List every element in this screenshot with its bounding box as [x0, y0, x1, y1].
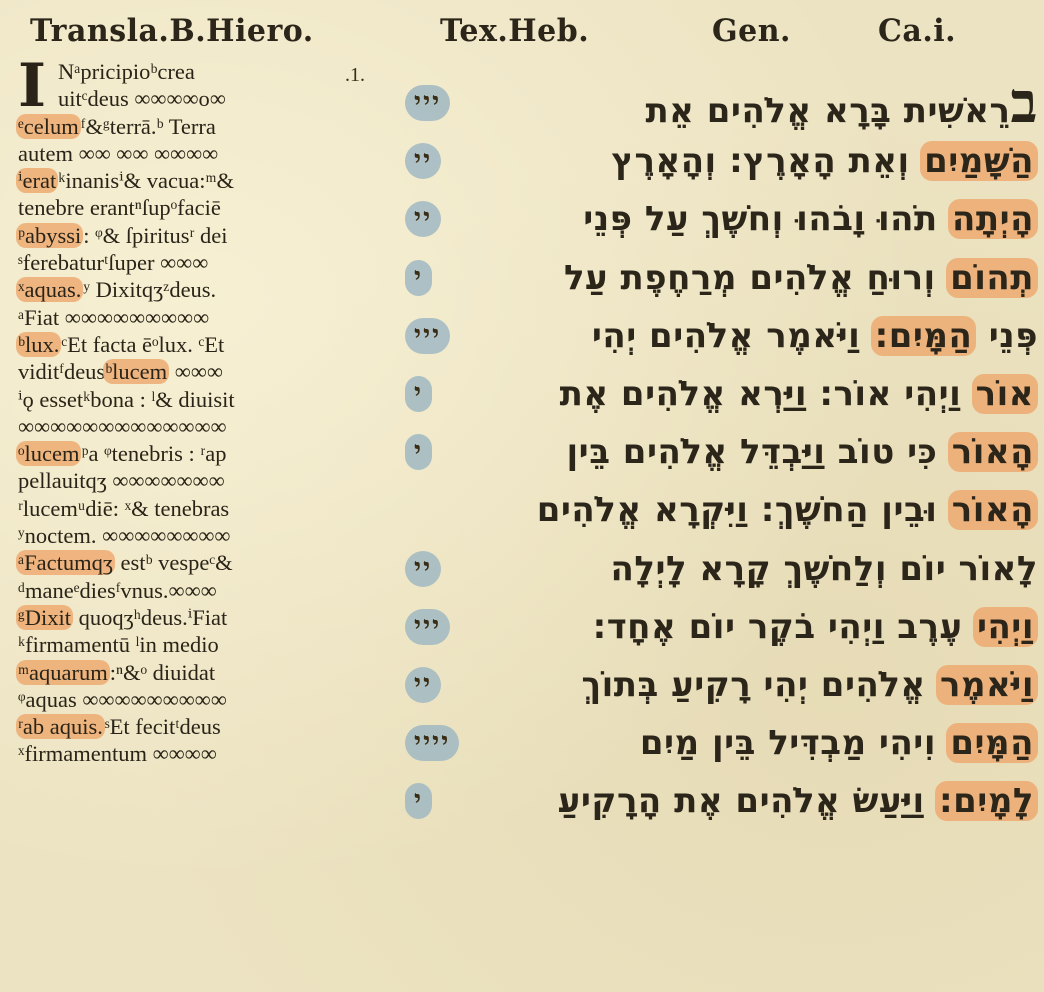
- highlighted-word[interactable]: ᵃFactumqʒ: [16, 550, 115, 575]
- hebrew-text: לָמָיִם: וַיַּעַשׂ אֱלֹהִים אֶת הָרָקִיע…: [432, 781, 1044, 821]
- latin-text: quoqʒʰdeus.ⁱFiat: [73, 605, 227, 630]
- hebrew-line: ייהַשָּׁמַיִם וְאֵת הָאָרֶץ: וְהָאָרֶץ: [405, 132, 1044, 190]
- latin-line: ᵉcelumᶠ&ᵍterrā.ᵇ Terra: [18, 113, 378, 140]
- hebrew-words: וְאֵת הָאָרֶץ: וְהָאָרֶץ: [612, 141, 910, 181]
- hebrew-line: יייברֵאשִׁית בָּרָא אֱלֹהִים אֵת: [405, 74, 1044, 132]
- latin-text: estᵇ vespeᶜ&: [115, 550, 233, 575]
- hebrew-line: ילָמָיִם: וַיַּעַשׂ אֱלֹהִים אֶת הָרָקִי…: [405, 772, 1044, 830]
- highlighted-word[interactable]: הַשָּׁמַיִם: [920, 141, 1038, 181]
- hebrew-text: הָאוֹר וּבֵין הַחֹשֶׁךְ: וַיִּקְרָא אֱלֹ…: [405, 490, 1044, 530]
- highlighted-word[interactable]: ᵉcelum: [16, 114, 81, 139]
- hebrew-text: הַמָּיִם וִיהִי מַבְדִּיל בֵּין מַיִם: [459, 723, 1044, 763]
- hebrew-line: יהָאוֹר כִּי טוֹב וַיַּבְדֵּל אֱלֹהִים ב…: [405, 423, 1044, 481]
- latin-line: ʳlucemᵘdiē: ˣ& tenebras: [18, 495, 378, 522]
- line-filler-marks[interactable]: י: [405, 434, 432, 470]
- line-filler-marks[interactable]: ייי: [405, 318, 450, 354]
- hebrew-line: יייוַיְהִי עֶרֶב וַיְהִי בֹקֶר יוֹם אֶחָ…: [405, 598, 1044, 656]
- highlighted-word[interactable]: הָאוֹר: [948, 490, 1038, 530]
- latin-text: ˣfirmamentum ∞∞∞∞: [18, 741, 217, 766]
- latin-line: ᵃFactumqʒ estᵇ vespeᶜ&: [18, 549, 378, 576]
- latin-line: pellauitqʒ ∞∞∞∞∞∞∞: [18, 467, 378, 494]
- hebrew-line: יייפְּנֵי הַמָּיִם: וַיֹּאמֶר אֱלֹהִים י…: [405, 307, 1044, 365]
- line-filler-marks[interactable]: יייי: [405, 725, 459, 761]
- highlighted-word[interactable]: ˣaquas.: [16, 277, 83, 302]
- latin-text: ˢferebaturᵗſuper ∞∞∞: [18, 250, 208, 275]
- hebrew-text: וַיְהִי עֶרֶב וַיְהִי בֹקֶר יוֹם אֶחָד:: [450, 607, 1044, 647]
- chapter-header: Ca.i.: [878, 14, 956, 50]
- highlighted-word[interactable]: ᵍDixit: [16, 605, 73, 630]
- latin-line: ʸnoctem. ∞∞∞∞∞∞∞∞: [18, 522, 378, 549]
- hebrew-text: אוֹר וַיְהִי אוֹר: וַיַּרְא אֱלֹהִים אֶת: [432, 374, 1044, 414]
- line-filler-marks[interactable]: ייי: [405, 609, 450, 645]
- chapter-marker: .1.: [345, 64, 365, 87]
- hebrew-words: וּבֵין הַחֹשֶׁךְ: וַיִּקְרָא אֱלֹהִים: [537, 490, 938, 530]
- highlighted-word[interactable]: ᵖabyssi: [16, 223, 83, 248]
- latin-text: ∞∞∞: [169, 359, 223, 384]
- line-filler-marks[interactable]: י: [405, 376, 432, 412]
- latin-column-header: Transla.B.Hiero.: [30, 14, 314, 50]
- hebrew-words: וַיַּעַשׂ אֱלֹהִים אֶת הָרָקִיעַ: [558, 781, 925, 821]
- latin-text: : ᵠ& ſpiritusʳ dei: [83, 223, 227, 248]
- hebrew-text: פְּנֵי הַמָּיִם: וַיֹּאמֶר אֱלֹהִים יְהִ…: [450, 316, 1044, 356]
- latin-line: ˣfirmamentum ∞∞∞∞: [18, 740, 378, 767]
- latin-line: uitᶜdeus ∞∞∞∞o∞: [18, 85, 378, 112]
- highlighted-word[interactable]: הַמָּיִם:: [871, 316, 977, 356]
- hebrew-line: ייהָיְתָה תֹהוּ וָבֹהוּ וְחֹשֶׁךְ עַל פּ…: [405, 190, 1044, 248]
- hebrew-text: וַיֹּאמֶר אֱלֹהִים יְהִי רָקִיעַ בְּתוֹך…: [441, 665, 1044, 705]
- latin-text: ᶜEt facta ēᵒlux. ᶜEt: [61, 332, 224, 357]
- latin-line: ∞∞∞∞∞∞∞∞∞∞∞∞∞: [18, 413, 378, 440]
- highlighted-word[interactable]: ʳab aquis.: [16, 714, 105, 739]
- latin-line: ᵇlux.ᶜEt facta ēᵒlux. ᶜEt: [18, 331, 378, 358]
- book-header: Gen.: [712, 14, 791, 50]
- hebrew-words: וַיְהִי אוֹר: וַיַּרְא אֱלֹהִים אֶת: [560, 374, 962, 414]
- latin-text: ⁱǫ essetᵏbona : ˡ& diuisit: [18, 387, 235, 412]
- latin-text: ᵠaquas ∞∞∞∞∞∞∞∞∞: [18, 687, 227, 712]
- latin-line: ᵃFiat ∞∞∞∞∞∞∞∞∞: [18, 304, 378, 331]
- hebrew-words: וְרוּחַ אֱלֹהִים מְרַחֶפֶת עַל: [564, 258, 936, 298]
- latin-line: ʳab aquis.ˢEt fecitᵗdeus: [18, 713, 378, 740]
- latin-text: ᵈmaneᵉdiesᶠvnus.∞∞∞: [18, 578, 217, 603]
- hebrew-text: הָאוֹר כִּי טוֹב וַיַּבְדֵּל אֱלֹהִים בּ…: [432, 432, 1044, 472]
- highlighted-word[interactable]: הָאוֹר: [948, 432, 1038, 472]
- hebrew-text: תְהוֹם וְרוּחַ אֱלֹהִים מְרַחֶפֶת עַל: [432, 258, 1044, 298]
- highlighted-word[interactable]: הַמָּיִם: [946, 723, 1038, 763]
- line-filler-marks[interactable]: י: [405, 783, 432, 819]
- highlighted-word[interactable]: לָמָיִם:: [935, 781, 1038, 821]
- large-initial-bet: ב: [1011, 70, 1039, 136]
- hebrew-column: יייברֵאשִׁית בָּרָא אֱלֹהִים אֵתייהַשָּׁ…: [405, 74, 1044, 830]
- hebrew-line: יאוֹר וַיְהִי אוֹר: וַיַּרְא אֱלֹהִים אֶ…: [405, 365, 1044, 423]
- latin-text: ᵏfirmamentū ˡin medio: [18, 632, 219, 657]
- latin-text: ˢEt fecitᵗdeus: [105, 714, 221, 739]
- highlighted-word[interactable]: תְהוֹם: [946, 258, 1038, 298]
- highlighted-word[interactable]: ᵐaquarum: [16, 660, 110, 685]
- latin-column: INᵃpricipioᵇcreauitᶜdeus ∞∞∞∞o∞ᵉcelumᶠ&ᵍ…: [18, 58, 378, 768]
- latin-line: ᵈmaneᵉdiesᶠvnus.∞∞∞: [18, 577, 378, 604]
- highlighted-word[interactable]: ᵒlucem: [16, 441, 81, 466]
- hebrew-words: כִּי טוֹב וַיַּבְדֵּל אֱלֹהִים בֵּין: [567, 432, 938, 472]
- hebrew-text: הָיְתָה תֹהוּ וָבֹהוּ וְחֹשֶׁךְ עַל פְּנ…: [441, 199, 1044, 239]
- highlighted-word[interactable]: הָיְתָה: [948, 199, 1038, 239]
- latin-text: uitᶜdeus ∞∞∞∞o∞: [58, 86, 226, 111]
- hebrew-text: הַשָּׁמַיִם וְאֵת הָאָרֶץ: וְהָאָרֶץ: [441, 141, 1044, 181]
- hebrew-line: ייייהַמָּיִם וִיהִי מַבְדִּיל בֵּין מַיִ…: [405, 714, 1044, 772]
- latin-line: ᵖabyssi: ᵠ& ſpiritusʳ dei: [18, 222, 378, 249]
- line-filler-marks[interactable]: יי: [405, 143, 441, 179]
- latin-text: ʳlucemᵘdiē: ˣ& tenebras: [18, 496, 229, 521]
- line-filler-marks[interactable]: יי: [405, 201, 441, 237]
- latin-text: ᶠ&ᵍterrā.ᵇ Terra: [81, 114, 216, 139]
- line-filler-marks[interactable]: יי: [405, 667, 441, 703]
- hebrew-words: וִיהִי מַבְדִּיל בֵּין מַיִם: [640, 723, 936, 763]
- latin-line: ᵠaquas ∞∞∞∞∞∞∞∞∞: [18, 686, 378, 713]
- latin-text: :ⁿ&ᵒ diuidat: [110, 660, 215, 685]
- highlighted-word[interactable]: וַיְהִי: [973, 607, 1038, 647]
- latin-text: ʸnoctem. ∞∞∞∞∞∞∞∞: [18, 523, 230, 548]
- hebrew-words: לָאוֹר יוֹם וְלַחֹשֶׁךְ קָרָא לָיְלָה: [611, 549, 1038, 589]
- highlighted-word[interactable]: אוֹר: [972, 374, 1038, 414]
- highlighted-word[interactable]: ᵇlucem: [103, 359, 169, 384]
- latin-text: tenebre erantⁿſupᵒfaciē: [18, 195, 221, 220]
- latin-line: autem ∞∞ ∞∞ ∞∞∞∞: [18, 140, 378, 167]
- hebrew-text: ברֵאשִׁית בָּרָא אֱלֹהִים אֵת: [450, 70, 1044, 136]
- hebrew-words: עֶרֶב וַיְהִי בֹקֶר יוֹם אֶחָד:: [593, 607, 963, 647]
- line-filler-marks[interactable]: י: [405, 260, 432, 296]
- latin-text: viditᶠdeus: [18, 359, 105, 384]
- hebrew-words: רֵאשִׁית בָּרָא אֱלֹהִים אֵת: [645, 91, 1010, 131]
- latin-line: ᵏfirmamentū ˡin medio: [18, 631, 378, 658]
- latin-text: ᵏinanisⁱ& vacua:ᵐ&: [58, 168, 234, 193]
- manuscript-page: Transla.B.Hiero. Tex.Heb. Gen. Ca.i. INᵃ…: [0, 0, 1044, 992]
- latin-line: ˢferebaturᵗſuper ∞∞∞: [18, 249, 378, 276]
- hebrew-words: וַיֹּאמֶר אֱלֹהִים יְהִי: [592, 316, 860, 356]
- latin-line: INᵃpricipioᵇcrea: [18, 58, 378, 85]
- latin-line: ᵒlucemᵖa ᵠtenebris : ʳap: [18, 440, 378, 467]
- highlighted-word[interactable]: וַיֹּאמֶר: [936, 665, 1038, 705]
- latin-text: ᵃFiat ∞∞∞∞∞∞∞∞∞: [18, 305, 209, 330]
- latin-text: ᵖa ᵠtenebris : ʳap: [81, 441, 226, 466]
- latin-line: tenebre erantⁿſupᵒfaciē: [18, 194, 378, 221]
- highlighted-word[interactable]: ᵇlux.: [16, 332, 61, 357]
- latin-line: ⁱeratᵏinanisⁱ& vacua:ᵐ&: [18, 167, 378, 194]
- latin-line: ⁱǫ essetᵏbona : ˡ& diuisit: [18, 386, 378, 413]
- hebrew-column-header: Tex.Heb.: [440, 14, 589, 50]
- hebrew-words: אֱלֹהִים יְהִי רָקִיעַ בְּתוֹךְ: [582, 665, 926, 705]
- latin-text: pellauitqʒ ∞∞∞∞∞∞∞: [18, 468, 225, 493]
- hebrew-line: יתְהוֹם וְרוּחַ אֱלֹהִים מְרַחֶפֶת עַל: [405, 249, 1044, 307]
- latin-text: ∞∞∞∞∞∞∞∞∞∞∞∞∞: [18, 414, 227, 439]
- latin-line: ᵐaquarum:ⁿ&ᵒ diuidat: [18, 659, 378, 686]
- line-filler-marks[interactable]: ייי: [405, 85, 450, 121]
- latin-line: ˣaquas.ʸ Dixitqʒᶻdeus.: [18, 276, 378, 303]
- latin-line: ᵍDixit quoqʒʰdeus.ⁱFiat: [18, 604, 378, 631]
- latin-text: autem ∞∞ ∞∞ ∞∞∞∞: [18, 141, 218, 166]
- line-filler-marks[interactable]: יי: [405, 551, 441, 587]
- highlighted-word[interactable]: ⁱerat: [16, 168, 58, 193]
- latin-text: Nᵃpricipioᵇcrea: [58, 59, 195, 84]
- hebrew-pre-text: פְּנֵי: [989, 316, 1038, 356]
- hebrew-text: לָאוֹר יוֹם וְלַחֹשֶׁךְ קָרָא לָיְלָה: [441, 549, 1044, 589]
- hebrew-line: יילָאוֹר יוֹם וְלַחֹשֶׁךְ קָרָא לָיְלָה: [405, 540, 1044, 598]
- hebrew-line: ייוַיֹּאמֶר אֱלֹהִים יְהִי רָקִיעַ בְּתו…: [405, 656, 1044, 714]
- latin-text: ʸ Dixitqʒᶻdeus.: [83, 277, 216, 302]
- hebrew-line: הָאוֹר וּבֵין הַחֹשֶׁךְ: וַיִּקְרָא אֱלֹ…: [405, 481, 1044, 539]
- hebrew-words: תֹהוּ וָבֹהוּ וְחֹשֶׁךְ עַל פְּנֵי: [583, 199, 937, 239]
- latin-line: viditᶠdeusᵇlucem ∞∞∞: [18, 358, 378, 385]
